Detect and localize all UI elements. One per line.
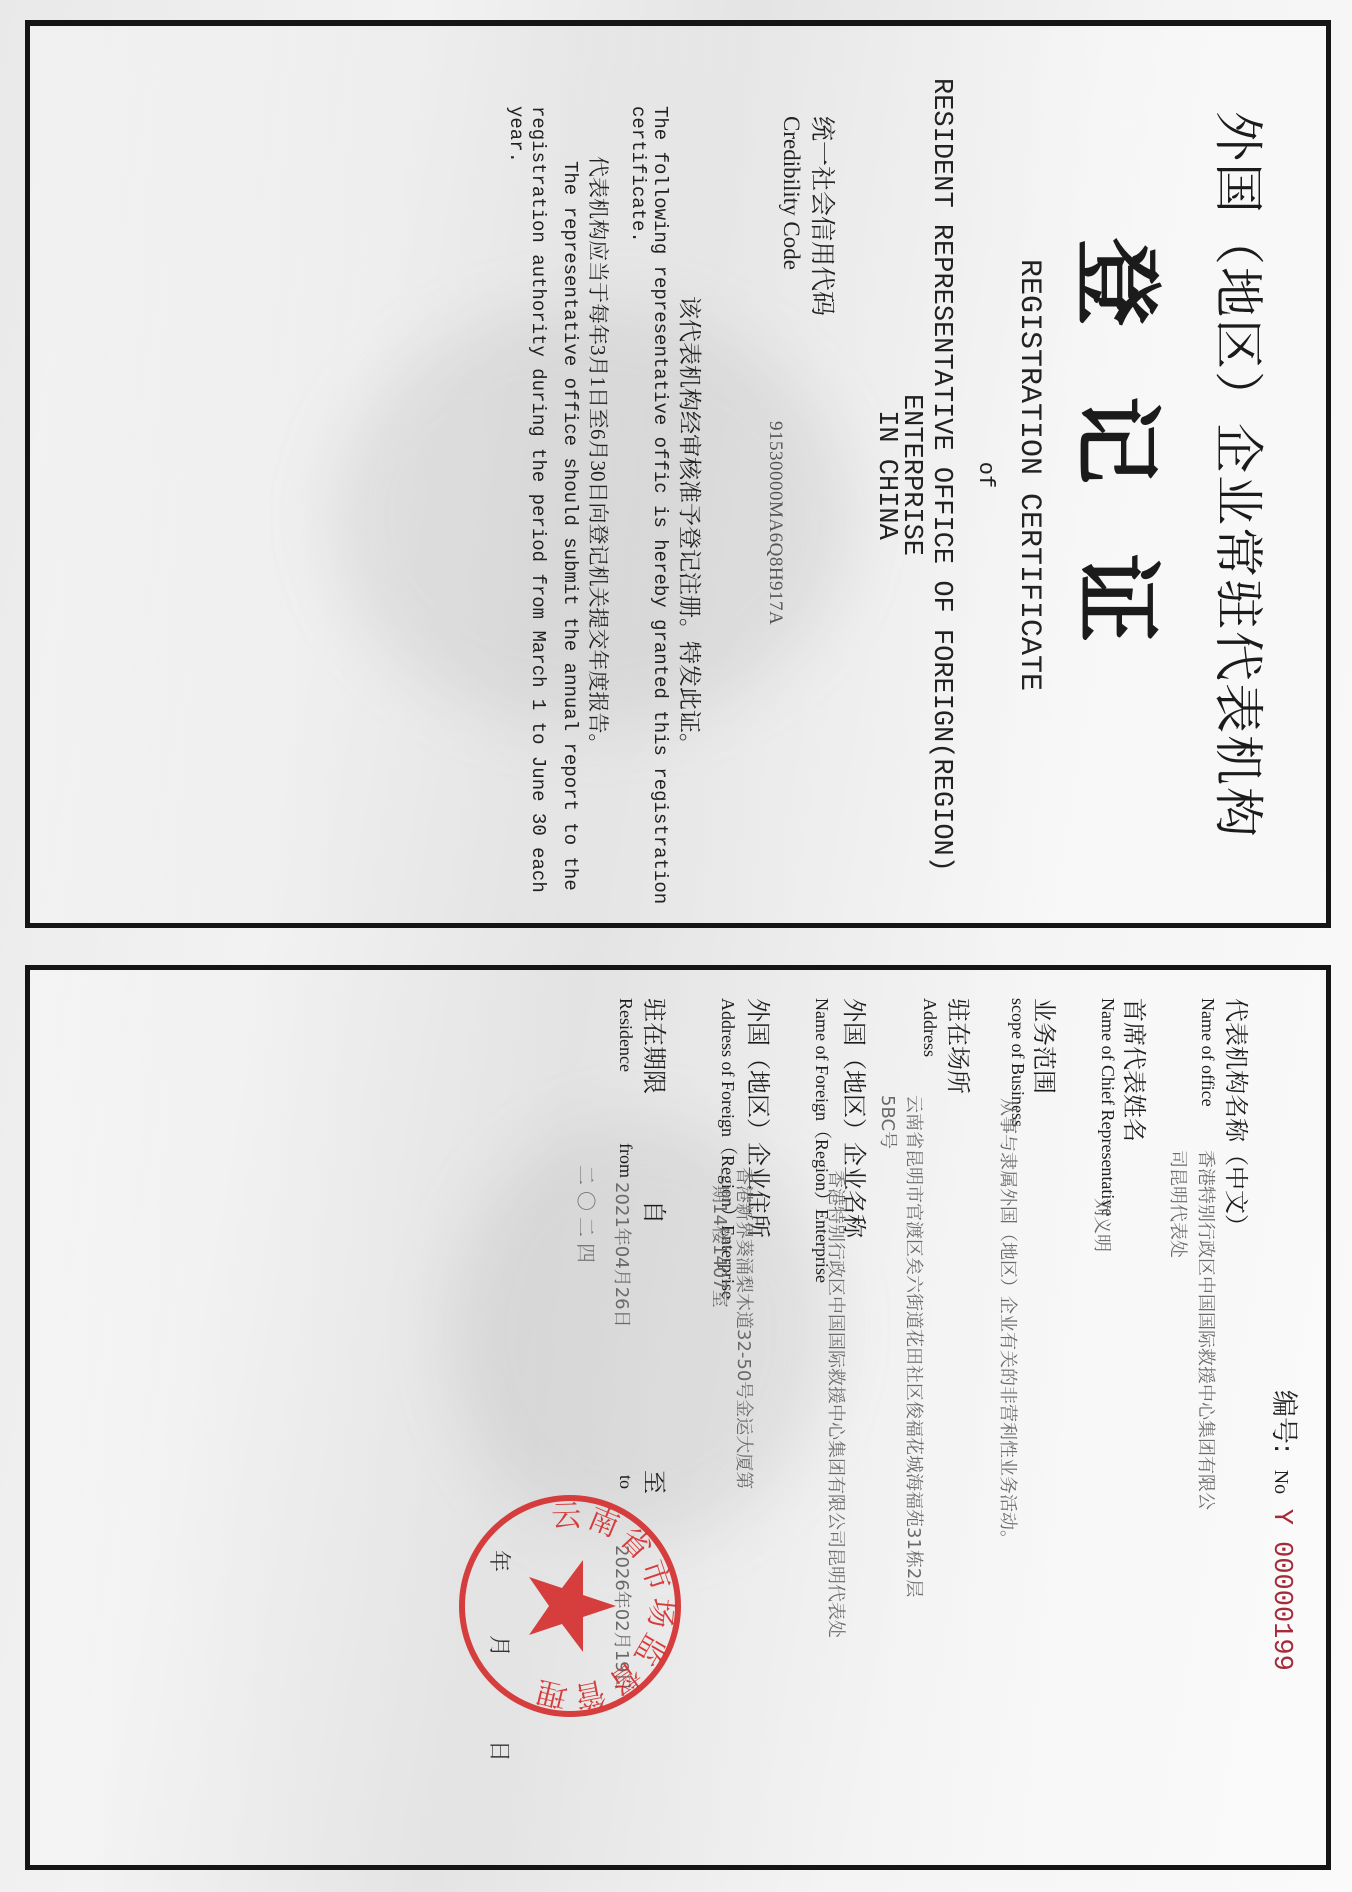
issue-day-unit: 日 [485,1740,516,1762]
residence-label-en: Residence [615,998,636,1072]
annual-report-note-cn: 代表机构应当于每年3月1日至6月30日向登记机关提交年度报告。 [584,156,614,755]
grant-statement-cn: 该代表机构经审核准予登记注册。特发此证。 [675,296,708,756]
residence-label-cn: 驻在期限 [639,998,674,1094]
cert-no-label: 编号: [1268,1390,1299,1453]
field-address-label-cn: 驻在场所 [943,998,978,1094]
field-foreign-name-value: 香港特别行政区中国国际救援中心集团有限公司昆明代表处 [824,1170,850,1638]
cover-rotated-content: 外国（地区）企业常驻代表机构 登记证 REGISTRATION CERTIFIC… [30,26,1326,924]
field-scope-value: 从事与隶属外国（地区）企业有关的非营利性业务活动。 [996,1098,1022,1548]
field-address-value-1: 云南省昆明市官渡区矣六街道花田社区俊福花城海福苑31栋2层 [902,1095,928,1597]
cover-title-cn: 外国（地区）企业常驻代表机构 [1206,26,1278,924]
field-chief-rep-label-en: Name of Chief Representative [1097,998,1118,1216]
credit-code-label-cn: 统一社会信用代码 [806,116,836,316]
annual-report-note-en-2: registration authority during the period… [505,106,549,924]
field-office-name-label-cn: 代表机构名称（中文） [1221,998,1256,1238]
field-office-name-value-1: 香港特别行政区中国国际救援中心集团有限公 [1194,1150,1220,1510]
credit-code-label: 统一社会信用代码 Credibility Code [776,116,836,316]
cert-no-value: Y 00000199 [1266,1509,1296,1671]
certificate-details-page: 编号: No Y 00000199 代表机构名称（中文） Name of off… [25,965,1331,1870]
cert-no-prefix: No [1270,1470,1292,1494]
cover-title-en-3: RESIDENT REPRESENTATIVE OFFICE OF FOREIG… [896,26,956,924]
residence-from-en: from [615,1143,636,1178]
cover-title-en-1: REGISTRATION CERTIFICATE [1012,26,1046,924]
grant-statement-en: The following representative offic is he… [627,106,671,924]
credit-code-value: 91530000MA6Q8H917A [764,421,786,625]
field-foreign-address-value-2: 一期14楼1407室 [708,1167,734,1308]
residence-from-cn: 自 [639,1200,674,1224]
residence-to-en: to [615,1475,636,1489]
cover-title-en-2: of [973,26,998,924]
official-seal-icon: 云南省市场监督管理局 [454,1490,686,1722]
field-foreign-address-value-1: 香港新界葵涌梨木道32-50号金运大厦第 [732,1167,758,1489]
certificate-number: 编号: No Y 00000199 [1266,1390,1306,1671]
credit-code-label-en: Credibility Code [776,116,806,316]
field-office-name-value-2: 司昆明代表处 [1166,1150,1192,1258]
annual-report-note-en-1: The representative office should submit … [559,161,581,891]
details-rotated-content: 编号: No Y 00000199 代表机构名称（中文） Name of off… [30,970,1326,1865]
certificate-cover-page: 外国（地区）企业常驻代表机构 登记证 REGISTRATION CERTIFIC… [25,20,1331,928]
field-address-value-2: 5BC号 [876,1095,902,1149]
cover-title-registration-certificate: 登记证 [1060,26,1186,924]
field-scope-label-cn: 业务范围 [1029,998,1064,1094]
field-chief-rep-label-cn: 首席代表姓名 [1119,998,1154,1142]
field-address-label-en: Address [919,998,940,1057]
field-office-name-label-en: Name of office [1197,998,1218,1107]
field-chief-rep-value: 刘义明 [1090,1198,1116,1252]
issue-year: 二〇二四 [573,1165,602,1269]
cover-title-en-4: IN CHINA [871,26,901,924]
residence-from-date: 2021年04月26日 [610,1182,636,1328]
